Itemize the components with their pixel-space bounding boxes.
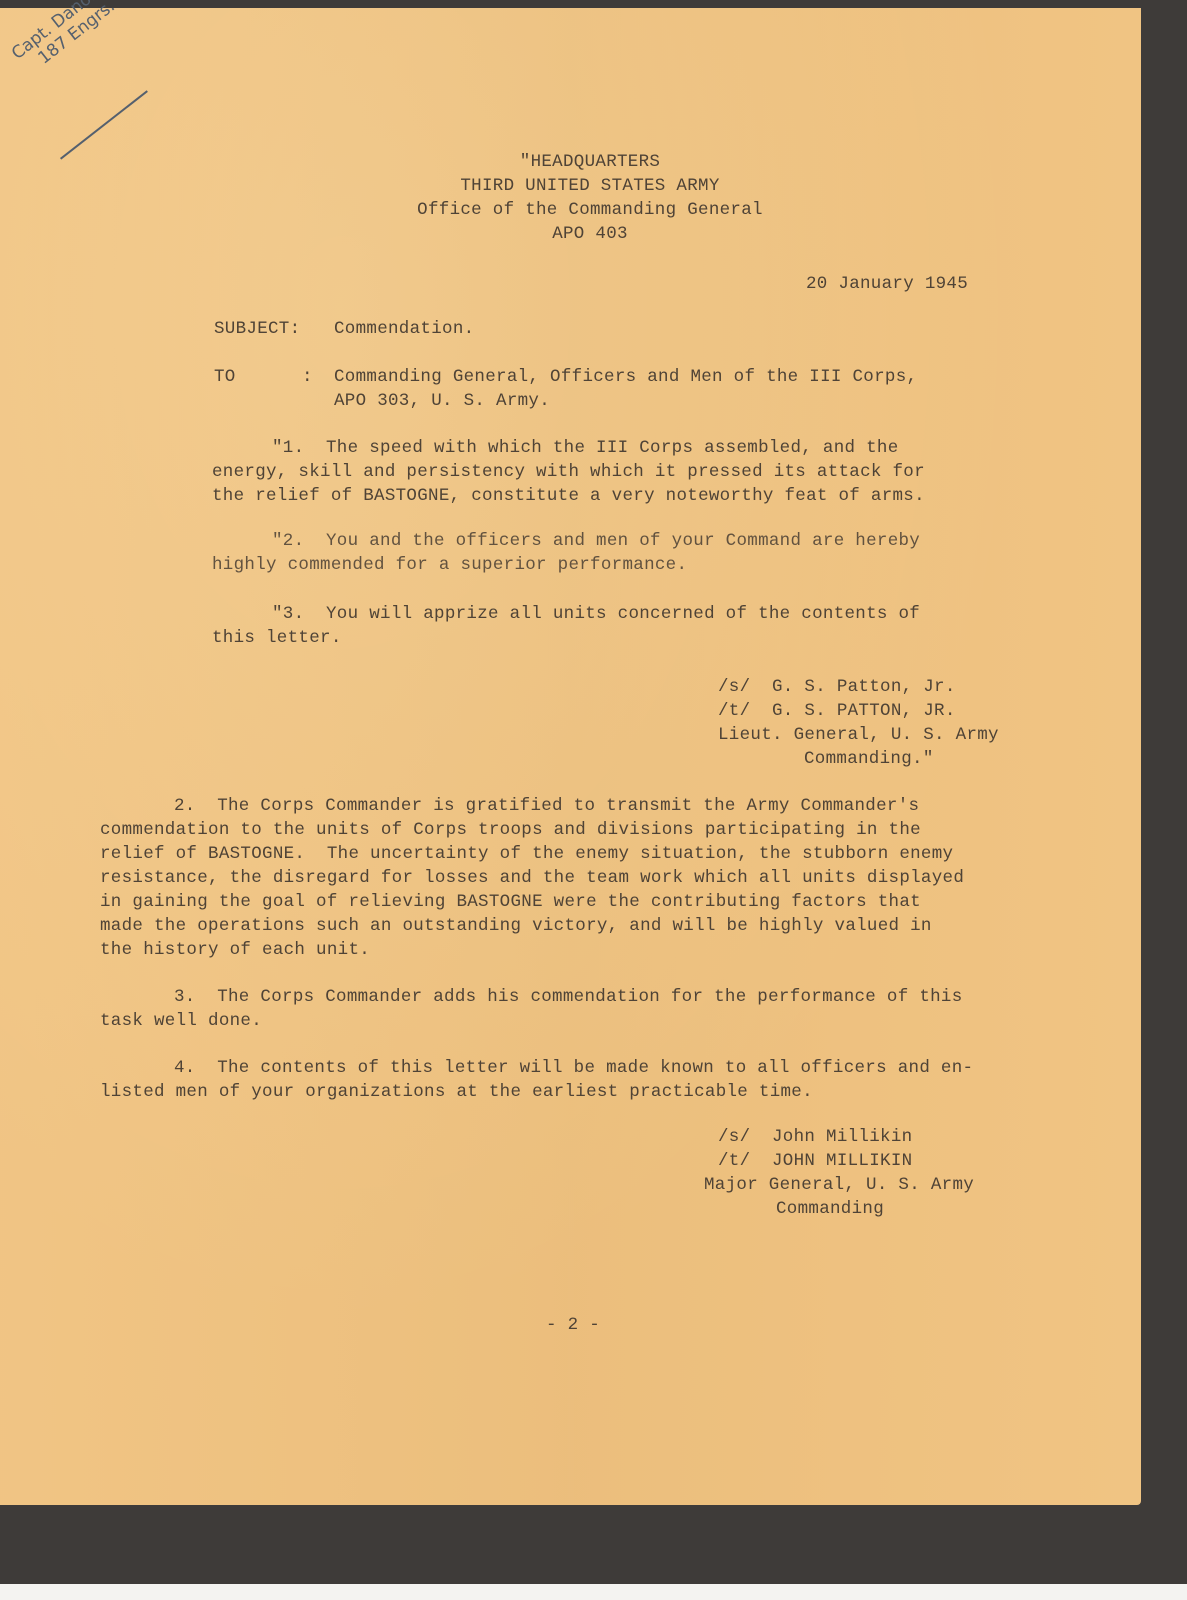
signature-millikin-title: Commanding [776, 1197, 884, 1221]
annotation-underline [60, 90, 148, 159]
letterhead: "HEADQUARTERS THIRD UNITED STATES ARMY O… [380, 150, 800, 246]
signature-patton-signed: /s/ G. S. Patton, Jr. [718, 675, 956, 699]
header-line-1: "HEADQUARTERS [380, 150, 800, 174]
to-colon: : [302, 365, 313, 389]
signature-millikin-rank: Major General, U. S. Army [704, 1173, 974, 1197]
quoted-paragraph-1-line-3: the relief of BASTOGNE, constitute a ver… [212, 484, 925, 508]
document-page: Capt. Danol 187 Engrs. "HEADQUARTERS THI… [0, 8, 1141, 1505]
quoted-paragraph-1-line-2: energy, skill and persistency with which… [212, 460, 925, 484]
paragraph-2-line-6: made the operations such an outstanding … [100, 914, 932, 938]
paragraph-4-line-2: listed men of your organizations at the … [100, 1080, 813, 1104]
handwritten-annotation: Capt. Danol 187 Engrs. [8, 0, 119, 80]
paragraph-2-line-3: relief of BASTOGNE. The uncertainty of t… [100, 842, 953, 866]
header-line-2: THIRD UNITED STATES ARMY [380, 174, 800, 198]
subject-value: Commendation. [334, 317, 474, 341]
header-line-3: Office of the Commanding General [380, 198, 800, 222]
to-line-2: APO 303, U. S. Army. [334, 389, 550, 413]
paragraph-3-line-2: task well done. [100, 1009, 262, 1033]
quoted-paragraph-1-line-1: "1. The speed with which the III Corps a… [272, 436, 899, 460]
signature-millikin-typed: /t/ JOHN MILLIKIN [718, 1149, 912, 1173]
to-line-1: Commanding General, Officers and Men of … [334, 365, 917, 389]
paragraph-3-line-1: 3. The Corps Commander adds his commenda… [174, 985, 963, 1009]
paragraph-2-line-1: 2. The Corps Commander is gratified to t… [174, 794, 919, 818]
paragraph-2-line-5: in gaining the goal of relieving BASTOGN… [100, 890, 921, 914]
signature-millikin-signed: /s/ John Millikin [718, 1125, 912, 1149]
signature-patton-typed: /t/ G. S. PATTON, JR. [718, 699, 956, 723]
page-number: - 2 - [546, 1313, 600, 1337]
quoted-paragraph-2-line-1: "2. You and the officers and men of your… [272, 529, 920, 553]
signature-patton-title: Commanding." [804, 747, 934, 771]
paragraph-4-line-1: 4. The contents of this letter will be m… [174, 1056, 973, 1080]
paragraph-2-line-2: commendation to the units of Corps troop… [100, 818, 921, 842]
letter-date: 20 January 1945 [806, 272, 968, 296]
to-label: TO [214, 365, 236, 389]
signature-patton-rank: Lieut. General, U. S. Army [718, 723, 999, 747]
header-line-4: APO 403 [380, 222, 800, 246]
quoted-paragraph-3-line-1: "3. You will apprize all units concerned… [272, 602, 920, 626]
paragraph-2-line-7: the history of each unit. [100, 938, 370, 962]
subject-label: SUBJECT: [214, 317, 300, 341]
quoted-paragraph-2-line-2: highly commended for a superior performa… [212, 553, 687, 577]
paragraph-2-line-4: resistance, the disregard for losses and… [100, 866, 964, 890]
quoted-paragraph-3-line-2: this letter. [212, 626, 342, 650]
